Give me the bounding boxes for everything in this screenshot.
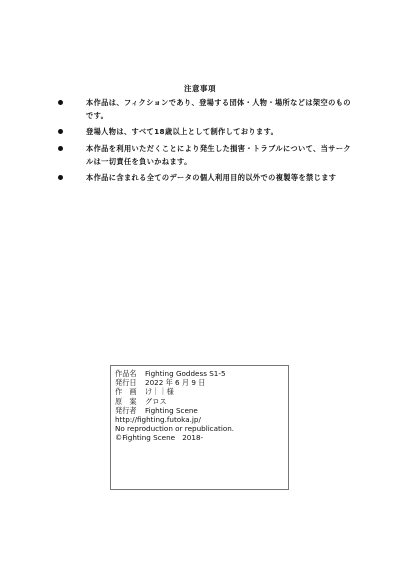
- colophon-url: http://fighting.futoka.jp/: [115, 415, 284, 424]
- notice-title: 注意事項: [0, 83, 400, 94]
- notice-item: 本作品を利用いただくことにより発生した損害・トラブルについて、当サークルは一切責…: [58, 142, 358, 168]
- colophon-story-row: 原 案グロス: [115, 397, 284, 406]
- colophon-publisher-row: 発行者Fighting Scene: [115, 406, 284, 415]
- bullet-icon: [58, 175, 63, 180]
- colophon-reproduction-notice: No reproduction or republication.: [115, 424, 284, 433]
- bullet-icon: [58, 100, 63, 105]
- colophon-artist-row: 作 画け｜｜様: [115, 387, 284, 396]
- notice-item: 本作品に含まれる全てのデータの個人利用目的以外での複製等を禁じます: [58, 171, 358, 184]
- notice-item: 登場人物は、すべて18歳以上として制作しております。: [58, 125, 358, 138]
- colophon-copyright: ©Fighting Scene 2018-: [115, 433, 284, 442]
- notice-list: 本作品は、フィクションであり、登場する団体・人物・場所などは架空のものです。 登…: [58, 96, 358, 187]
- bullet-icon: [58, 129, 63, 134]
- bullet-icon: [58, 146, 63, 151]
- colophon-title-row: 作品名Fighting Goddess S1-5: [115, 369, 284, 378]
- colophon-date-row: 発行日2022 年 6 月 9 日: [115, 378, 284, 387]
- colophon-box: 作品名Fighting Goddess S1-5 発行日2022 年 6 月 9…: [110, 365, 289, 490]
- notice-item: 本作品は、フィクションであり、登場する団体・人物・場所などは架空のものです。: [58, 96, 358, 122]
